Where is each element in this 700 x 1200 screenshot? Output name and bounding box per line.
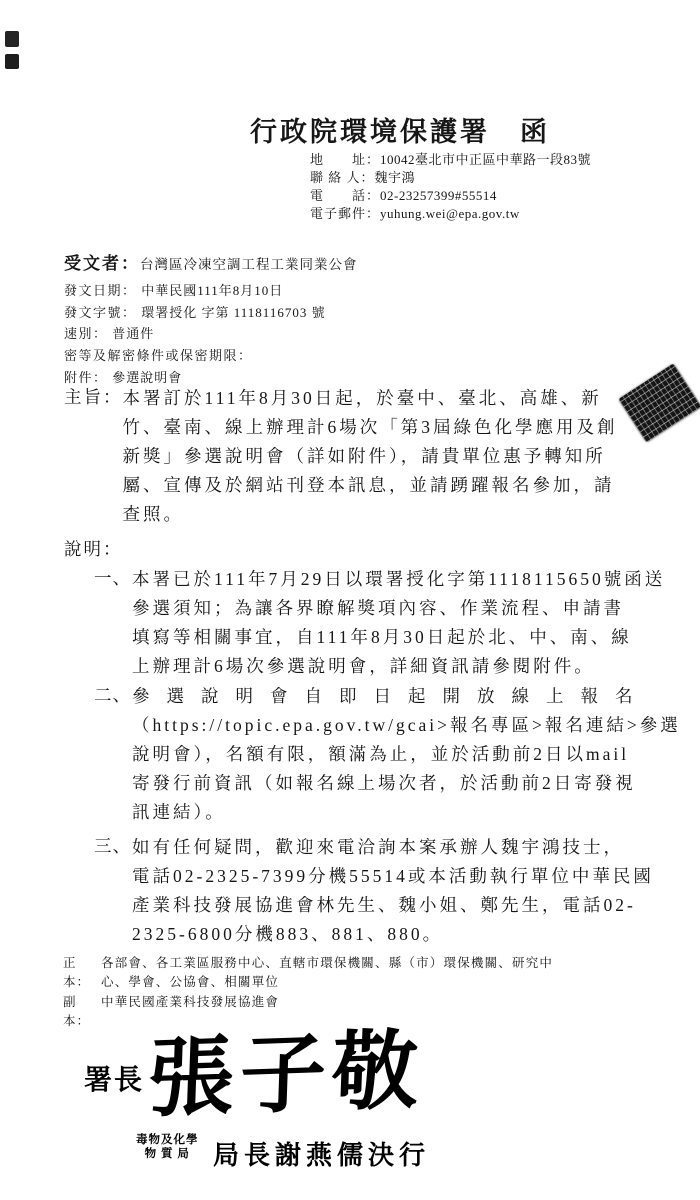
priority-value: 普通件 [112,326,154,341]
copies-line: 各部會、各工業區服務中心、直轄市環保機關、縣（市）環保機關、研究中 [101,954,553,973]
document-page: 行政院環境保護署 函 地 址：10042臺北市中正區中華路一段83號 聯 絡 人… [0,0,700,1200]
email-line: 電子郵件：yuhung.wei@epa.gov.tw [310,205,591,223]
letterhead-info: 地 址：10042臺北市中正區中華路一段83號 聯 絡 人：魏宇鴻 電 話：02… [310,151,591,223]
item-number: 二、 [94,682,132,827]
explanation-item-1: 一、 本署已於111年7月29日以環署授化字第1118115650號函送 參選須… [94,565,665,681]
contact-line: 聯 絡 人：魏宇鴻 [310,169,591,187]
item-line: 填寫等相關事宜，自111年8月30日起於北、中、南、線 [132,623,665,652]
email-value: yuhung.wei@epa.gov.tw [380,206,520,221]
subject-label: 主旨： [64,384,123,529]
subject-line: 查照。 [123,500,618,529]
explanation-item-3: 三、 如有任何疑問，歡迎來電洽詢本案承辦人魏宇鴻技士， 電話02-2325-73… [94,833,654,949]
copies-cc: 副本： 中華民國產業科技發展協進會 [63,993,279,1031]
item-number: 一、 [94,565,132,681]
priority-label: 速別： [64,326,108,341]
scan-artifact-mark [5,31,19,47]
subject-section: 主旨： 本署訂於111年8月30日起，於臺中、臺北、高雄、新 竹、臺南、線上辦理… [64,384,618,529]
classification-label: 密等及解密條件或保密期限： [64,348,253,363]
item-line: 寄發行前資訊（如報名線上場次者，於活動前2日寄發視 [132,769,681,798]
address-label: 地 址： [310,152,380,167]
recipient-label: 受文者： [64,254,140,273]
address-value: 10042臺北市中正區中華路一段83號 [380,152,591,167]
address-line: 地 址：10042臺北市中正區中華路一段83號 [310,151,591,169]
subject-line: 本署訂於111年8月30日起，於臺中、臺北、高雄、新 [123,384,618,413]
signer-name-calligraphy: 張子敬 [146,1023,425,1127]
item-text: 如有任何疑問，歡迎來電洽詢本案承辦人魏宇鴻技士， 電話02-2325-7399分… [132,833,654,949]
copies-cc-text: 中華民國產業科技發展協進會 [101,993,279,1031]
item-line: （https://topic.epa.gov.tw/gcai>報名專區>報名連結… [132,711,681,740]
item-line: 參選須知；為讓各界瞭解獎項內容、作業流程、申請書 [132,594,665,623]
copies-original-text: 各部會、各工業區服務中心、直轄市環保機關、縣（市）環保機關、研究中 心、學會、公… [101,954,553,992]
item-line: 上辦理計6場次參選說明會，詳細資訊請參閱附件。 [132,652,665,681]
email-label: 電子郵件： [310,206,380,221]
recipient-value: 台灣區冷凍空調工程工業同業公會 [140,257,358,272]
item-line: 本署已於111年7月29日以環署授化字第1118115650號函送 [132,565,665,594]
doc-number-value: 環署授化 字第 1118116703 號 [141,305,325,320]
copies-line: 中華民國產業科技發展協進會 [101,993,279,1012]
doc-number-line: 發文字號： 環署授化 字第 1118116703 號 [64,302,326,324]
copies-line: 心、學會、公協會、相關單位 [101,973,553,992]
bureau-line: 毒物及化學 [136,1133,199,1147]
scan-artifact-mark [5,54,19,69]
contact-value: 魏宇鴻 [375,170,416,185]
item-text: 本署已於111年7月29日以環署授化字第1118115650號函送 參選須知；為… [132,565,665,681]
explanation-item-2: 二、 參選說明會自即日起開放線上報名 （https://topic.epa.go… [94,682,681,827]
contact-label: 聯 絡 人： [310,170,375,185]
copies-original-label: 正本： [63,954,101,992]
item-number: 三、 [94,833,132,949]
subject-line: 新獎」參選說明會（詳如附件），請貴單位惠予轉知所 [123,442,618,471]
subject-line: 竹、臺南、線上辦理計6場次「第3屆綠色化學應用及創 [123,413,618,442]
copies-original: 正本： 各部會、各工業區服務中心、直轄市環保機關、縣（市）環保機關、研究中 心、… [63,954,553,992]
subject-line: 屬、宣傳及於網站刊登本訊息，並請踴躍報名參加，請 [123,471,618,500]
signer-title: 署長 [84,1058,144,1098]
issue-date-line: 發文日期： 中華民國111年8月10日 [64,280,326,302]
phone-label: 電 話： [310,188,380,203]
bureau-line: 物 質 局 [136,1147,199,1161]
item-line: 2325-6800分機883、881、880。 [132,920,654,949]
bureau-name: 毒物及化學 物 質 局 [136,1133,199,1161]
explanation-heading: 說明： [64,536,123,561]
issue-date-label: 發文日期： [64,283,137,298]
item-line: 電話02-2325-7399分機55514或本活動執行單位中華民國 [132,862,654,891]
receipt-stamp [618,363,700,443]
item-line: 說明會），名額有限，額滿為止，並於活動前2日以mail [132,740,681,769]
subject-text: 本署訂於111年8月30日起，於臺中、臺北、高雄、新 竹、臺南、線上辦理計6場次… [123,384,618,529]
item-line: 訊連結）。 [132,798,681,827]
copies-cc-label: 副本： [63,993,101,1031]
item-text: 參選說明會自即日起開放線上報名 （https://topic.epa.gov.t… [132,682,681,827]
phone-line: 電 話：02-23257399#55514 [310,187,591,205]
doc-title: 行政院環境保護署 函 [250,110,550,149]
phone-value: 02-23257399#55514 [380,188,497,203]
decision-by-line: 局長謝燕儒決行 [213,1135,430,1172]
recipient-line: 受文者：台灣區冷凍空調工程工業同業公會 [64,249,358,274]
issue-date-value: 中華民國111年8月10日 [141,283,283,298]
item-line: 產業科技發展協進會林先生、魏小姐、鄭先生，電話02- [132,891,654,920]
doc-number-label: 發文字號： [64,305,137,320]
attachment-label: 附件： [64,370,108,385]
item-line: 參選說明會自即日起開放線上報名 [132,682,681,711]
attachment-value: 參選說明會 [112,370,182,385]
classification-line: 密等及解密條件或保密期限： [64,345,326,367]
item-line: 如有任何疑問，歡迎來電洽詢本案承辦人魏宇鴻技士， [132,833,654,862]
doc-meta-block: 發文日期： 中華民國111年8月10日 發文字號： 環署授化 字第 111811… [64,280,326,389]
priority-line: 速別： 普通件 [64,323,326,345]
